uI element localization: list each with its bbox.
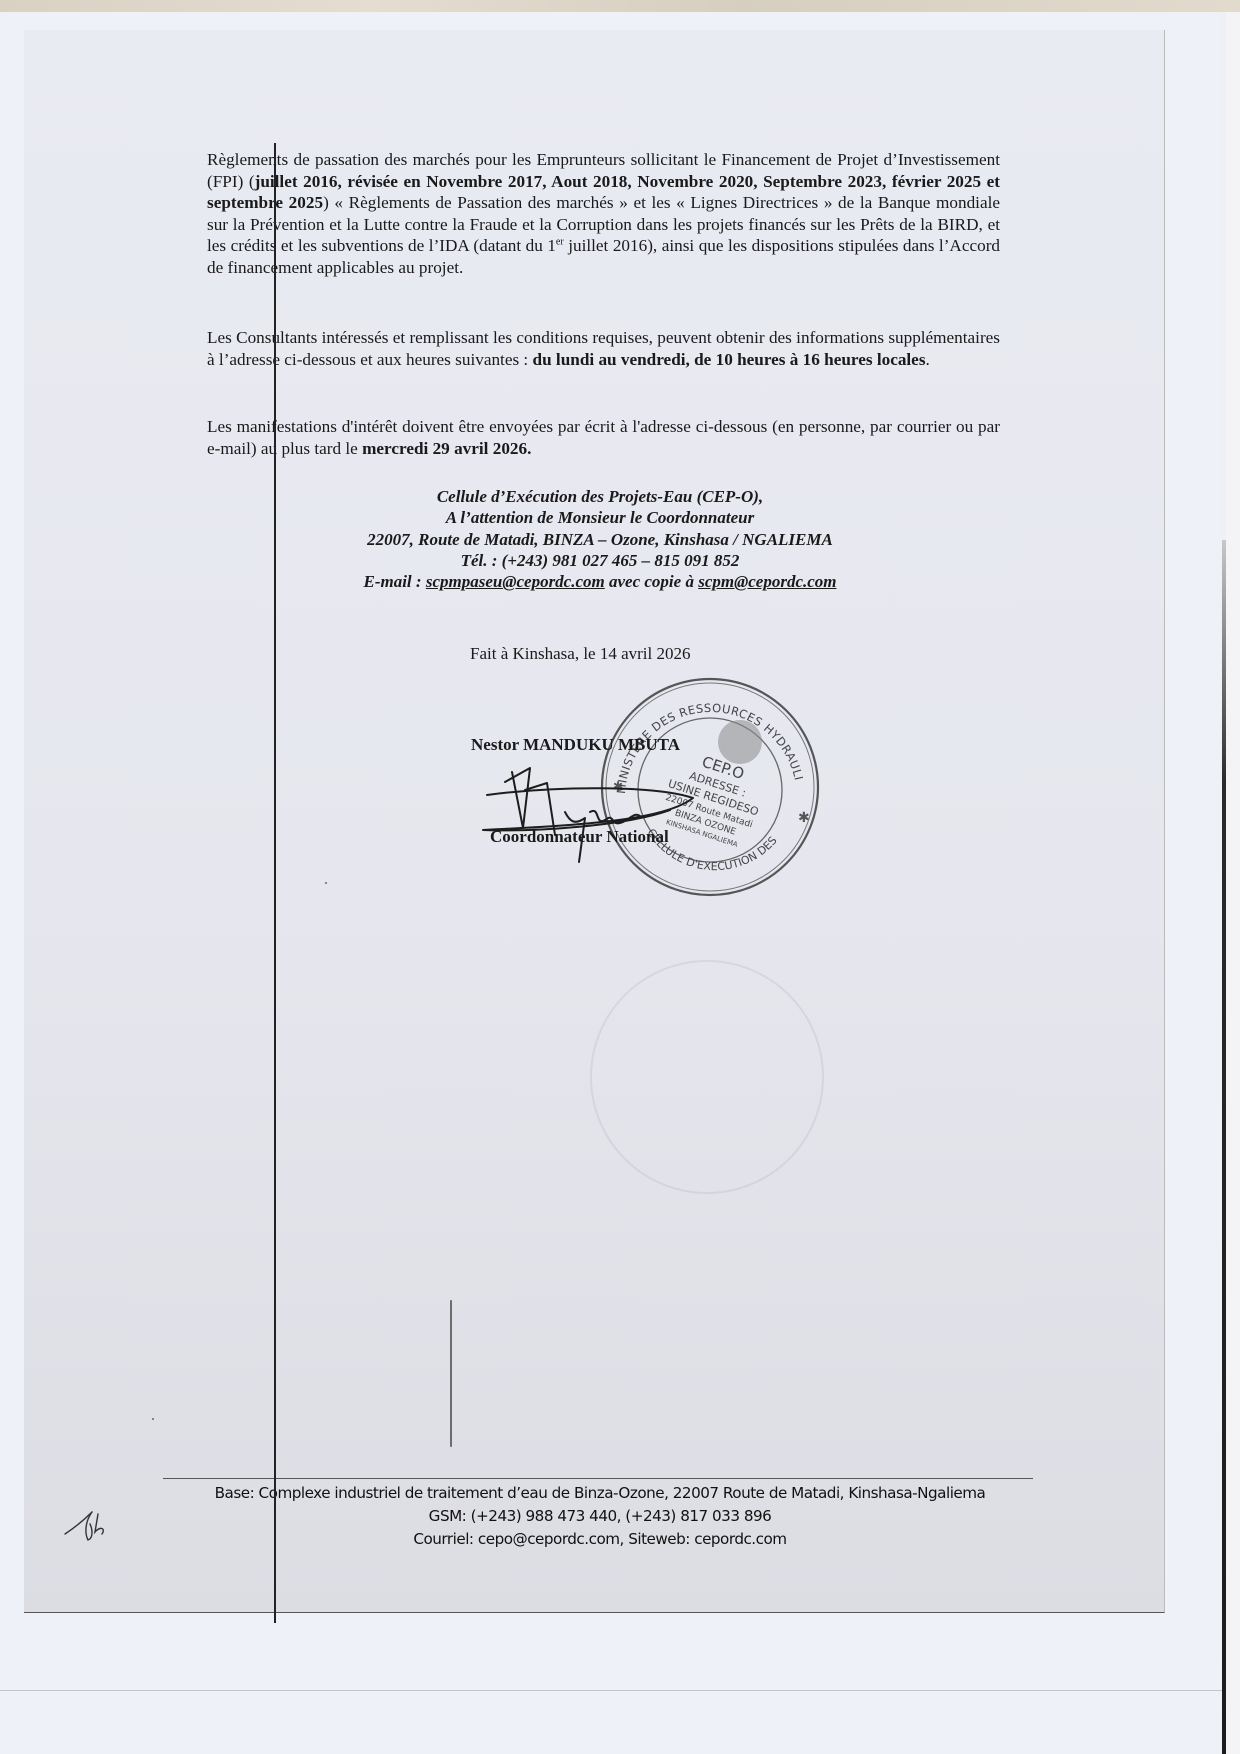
- scan-right-edge: [1222, 540, 1226, 1754]
- email-copy-label: avec copie à: [605, 572, 698, 591]
- paragraph-information-hours: Les Consultants intéressés et remplissan…: [207, 327, 1000, 370]
- footer-divider: [163, 1478, 1033, 1479]
- svg-text:✱: ✱: [798, 811, 810, 826]
- speck: [152, 1418, 154, 1420]
- handwritten-signature-icon: [475, 750, 715, 870]
- address-line: A l’attention de Monsieur le Coordonnate…: [300, 507, 900, 528]
- deadline-date: mercredi 29 avril 2026.: [362, 439, 531, 458]
- office-hours: du lundi au vendredi, de 10 heures à 16 …: [533, 350, 926, 369]
- scan-right-strip: [1226, 12, 1240, 1754]
- address-block: Cellule d’Exécution des Projets-Eau (CEP…: [300, 486, 900, 592]
- paragraph-text: .: [926, 350, 930, 369]
- email-primary-link[interactable]: scpmpaseu@cepordc.com: [426, 572, 605, 591]
- footer-phone: GSM: (+243) 988 473 440, (+243) 817 033 …: [150, 1505, 1050, 1528]
- email-copy-link[interactable]: scpm@cepordc.com: [698, 572, 836, 591]
- scan-lower-rule: [0, 1690, 1222, 1691]
- phone-line: Tél. : (+243) 981 027 465 – 815 091 852: [300, 550, 900, 571]
- speck: [325, 882, 327, 884]
- superscript: er: [556, 236, 564, 247]
- scan-artifact-line: [274, 143, 276, 1623]
- speck: [450, 1300, 452, 1302]
- email-line: E-mail : scpmpaseu@cepordc.com avec copi…: [300, 571, 900, 592]
- paragraph-procurement-rules: Règlements de passation des marchés pour…: [207, 149, 1000, 278]
- email-label: E-mail :: [363, 572, 425, 591]
- faint-stamp-impression: [590, 960, 824, 1194]
- footer-contact: Courriel: cepo@cepordc.com, Siteweb: cep…: [150, 1528, 1050, 1551]
- footer-address: Base: Complexe industriel de traitement …: [150, 1482, 1050, 1505]
- handwritten-initials-icon: [62, 1508, 112, 1544]
- address-line: 22007, Route de Matadi, BINZA – Ozone, K…: [300, 529, 900, 550]
- paragraph-text: Les manifestations d'intérêt doivent êtr…: [207, 417, 1000, 458]
- address-line: Cellule d’Exécution des Projets-Eau (CEP…: [300, 486, 900, 507]
- scan-top-band: [0, 0, 1240, 12]
- place-date: Fait à Kinshasa, le 14 avril 2026: [470, 644, 691, 664]
- paragraph-submission-deadline: Les manifestations d'intérêt doivent êtr…: [207, 416, 1000, 459]
